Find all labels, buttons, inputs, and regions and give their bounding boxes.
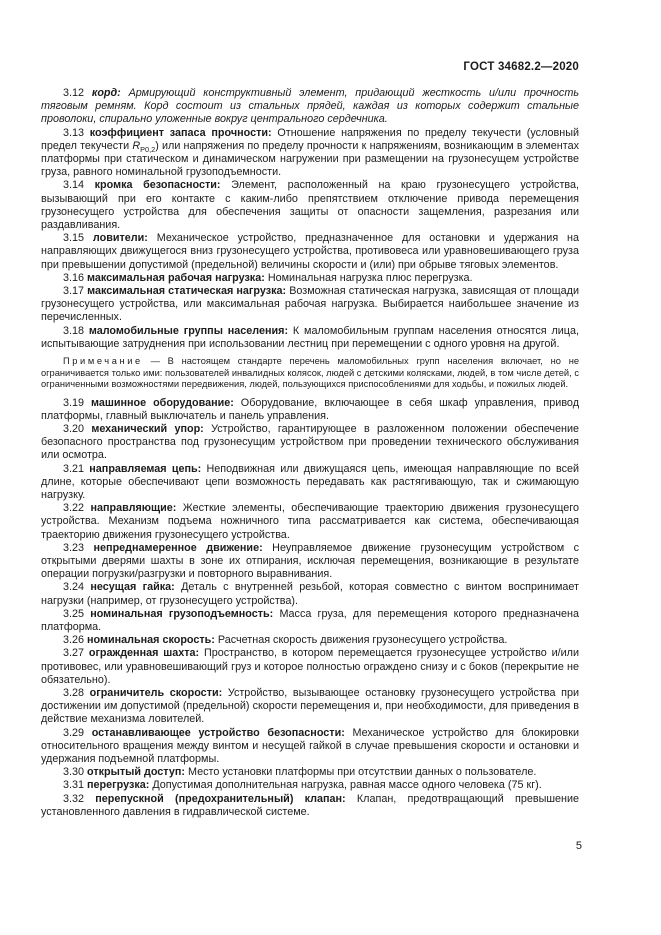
clause-number: 3.30	[63, 766, 87, 778]
term-name: кромка безопасности:	[95, 179, 231, 191]
term-paragraph: 3.31 перегрузка: Допустимая дополнительн…	[41, 779, 579, 792]
term-paragraph: 3.17 максимальная статическая нагрузка: …	[41, 285, 579, 325]
term-paragraph: 3.24 несущая гайка: Деталь с внутренней …	[41, 581, 579, 607]
page-number: 5	[41, 840, 582, 852]
term-paragraph: 3.32 перепускной (предохранительный) кла…	[41, 793, 579, 819]
standard-code: ГОСТ 34682.2—2020	[463, 61, 579, 73]
clause-number: 3.27	[63, 647, 89, 659]
text-run: Место установки платформы при отсутствии…	[188, 766, 536, 778]
term-paragraph: 3.23 непреднамеренное движение: Неуправл…	[41, 542, 579, 582]
term-paragraph: 3.21 направляемая цепь: Неподвижная или …	[41, 463, 579, 503]
term-name: непреднамеренное движение:	[94, 542, 273, 554]
term-name: перепускной (предохранительный) клапан:	[95, 793, 357, 805]
term-name: открытый доступ:	[87, 766, 188, 778]
clause-number: 3.14	[63, 179, 95, 191]
clause-number: 3.24	[63, 581, 90, 593]
text-run: Расчетная скорость движения грузонесущег…	[218, 634, 507, 646]
term-paragraph: 3.19 машинное оборудование: Оборудование…	[41, 397, 579, 423]
term-paragraph: 3.22 направляющие: Жесткие элементы, обе…	[41, 502, 579, 542]
term-name: максимальная рабочая нагрузка:	[87, 272, 268, 284]
clause-number: 3.25	[63, 608, 90, 620]
term-paragraph: 3.28 ограничитель скорости: Устройство, …	[41, 687, 579, 727]
term-name: номинальная скорость:	[87, 634, 218, 646]
term-paragraph: 3.30 открытый доступ: Место установки пл…	[41, 766, 579, 779]
term-paragraph: 3.20 механический упор: Устройство, гара…	[41, 423, 579, 463]
text-run: Допустимая дополнительная нагрузка, равн…	[152, 779, 541, 791]
term-name: несущая гайка:	[90, 581, 181, 593]
term-paragraph: 3.25 номинальная грузоподъемность: Масса…	[41, 608, 579, 634]
clause-number: 3.22	[63, 502, 90, 514]
formula-variable: R	[132, 140, 140, 152]
term-name: перегрузка:	[87, 779, 152, 791]
clause-number: 3.16	[63, 272, 87, 284]
clause-number: 3.12	[63, 87, 92, 99]
term-paragraph: 3.13 коэффициент запаса прочности: Отнош…	[41, 127, 579, 180]
term-name: ограничитель скорости:	[90, 687, 228, 699]
clause-number: 3.13	[63, 127, 90, 139]
clause-number: 3.28	[63, 687, 90, 699]
term-name: коэффициент запаса прочности:	[90, 127, 278, 139]
term-paragraph: 3.26 номинальная скорость: Расчетная ско…	[41, 634, 579, 647]
term-name: огражденная шахта:	[89, 647, 204, 659]
term-name: машинное оборудование:	[91, 397, 241, 409]
term-paragraph: 3.15 ловители: Механическое устройство, …	[41, 232, 579, 272]
clause-number: 3.18	[63, 325, 89, 337]
clause-number: 3.15	[63, 232, 93, 244]
clause-number: 3.17	[63, 285, 87, 297]
term-name: номинальная грузоподъемность:	[90, 608, 279, 620]
term-name: маломобильные группы населения:	[89, 325, 293, 337]
term-paragraph: 3.27 огражденная шахта: Пространство, в …	[41, 647, 579, 687]
note-paragraph: Примечание — В настоящем стандарте переч…	[41, 356, 579, 391]
term-name: останавливающее устройство безопасности:	[92, 727, 353, 739]
term-name: максимальная статическая нагрузка:	[87, 285, 289, 297]
clause-number: 3.19	[63, 397, 91, 409]
clause-number: 3.31	[63, 779, 87, 791]
term-paragraph: 3.18 маломобильные группы населения: К м…	[41, 325, 579, 351]
term-name: направляемая цепь:	[89, 463, 206, 475]
clause-number: 3.26	[63, 634, 87, 646]
clause-number: 3.32	[63, 793, 95, 805]
term-paragraph: 3.16 максимальная рабочая нагрузка: Номи…	[41, 272, 579, 285]
term-paragraph: 3.12 корд: Армирующий конструктивный эле…	[41, 87, 579, 127]
document-body: 3.12 корд: Армирующий конструктивный эле…	[41, 87, 579, 819]
term-name: направляющие:	[90, 502, 182, 514]
text-run: Номинальная нагрузка плюс перегрузка.	[268, 272, 473, 284]
clause-number: 3.20	[63, 423, 91, 435]
note-label: Примечание	[63, 356, 143, 366]
term-paragraph: 3.14 кромка безопасности: Элемент, распо…	[41, 179, 579, 232]
term-paragraph: 3.29 останавливающее устройство безопасн…	[41, 727, 579, 767]
document-page: ГОСТ 34682.2—2020 3.12 корд: Армирующий …	[0, 0, 661, 935]
page-header: ГОСТ 34682.2—2020	[41, 61, 579, 73]
term-name: механический упор:	[91, 423, 211, 435]
term-name: корд:	[92, 87, 129, 99]
clause-number: 3.23	[63, 542, 94, 554]
clause-number: 3.29	[63, 727, 92, 739]
term-name: ловители:	[93, 232, 157, 244]
clause-number: 3.21	[63, 463, 89, 475]
